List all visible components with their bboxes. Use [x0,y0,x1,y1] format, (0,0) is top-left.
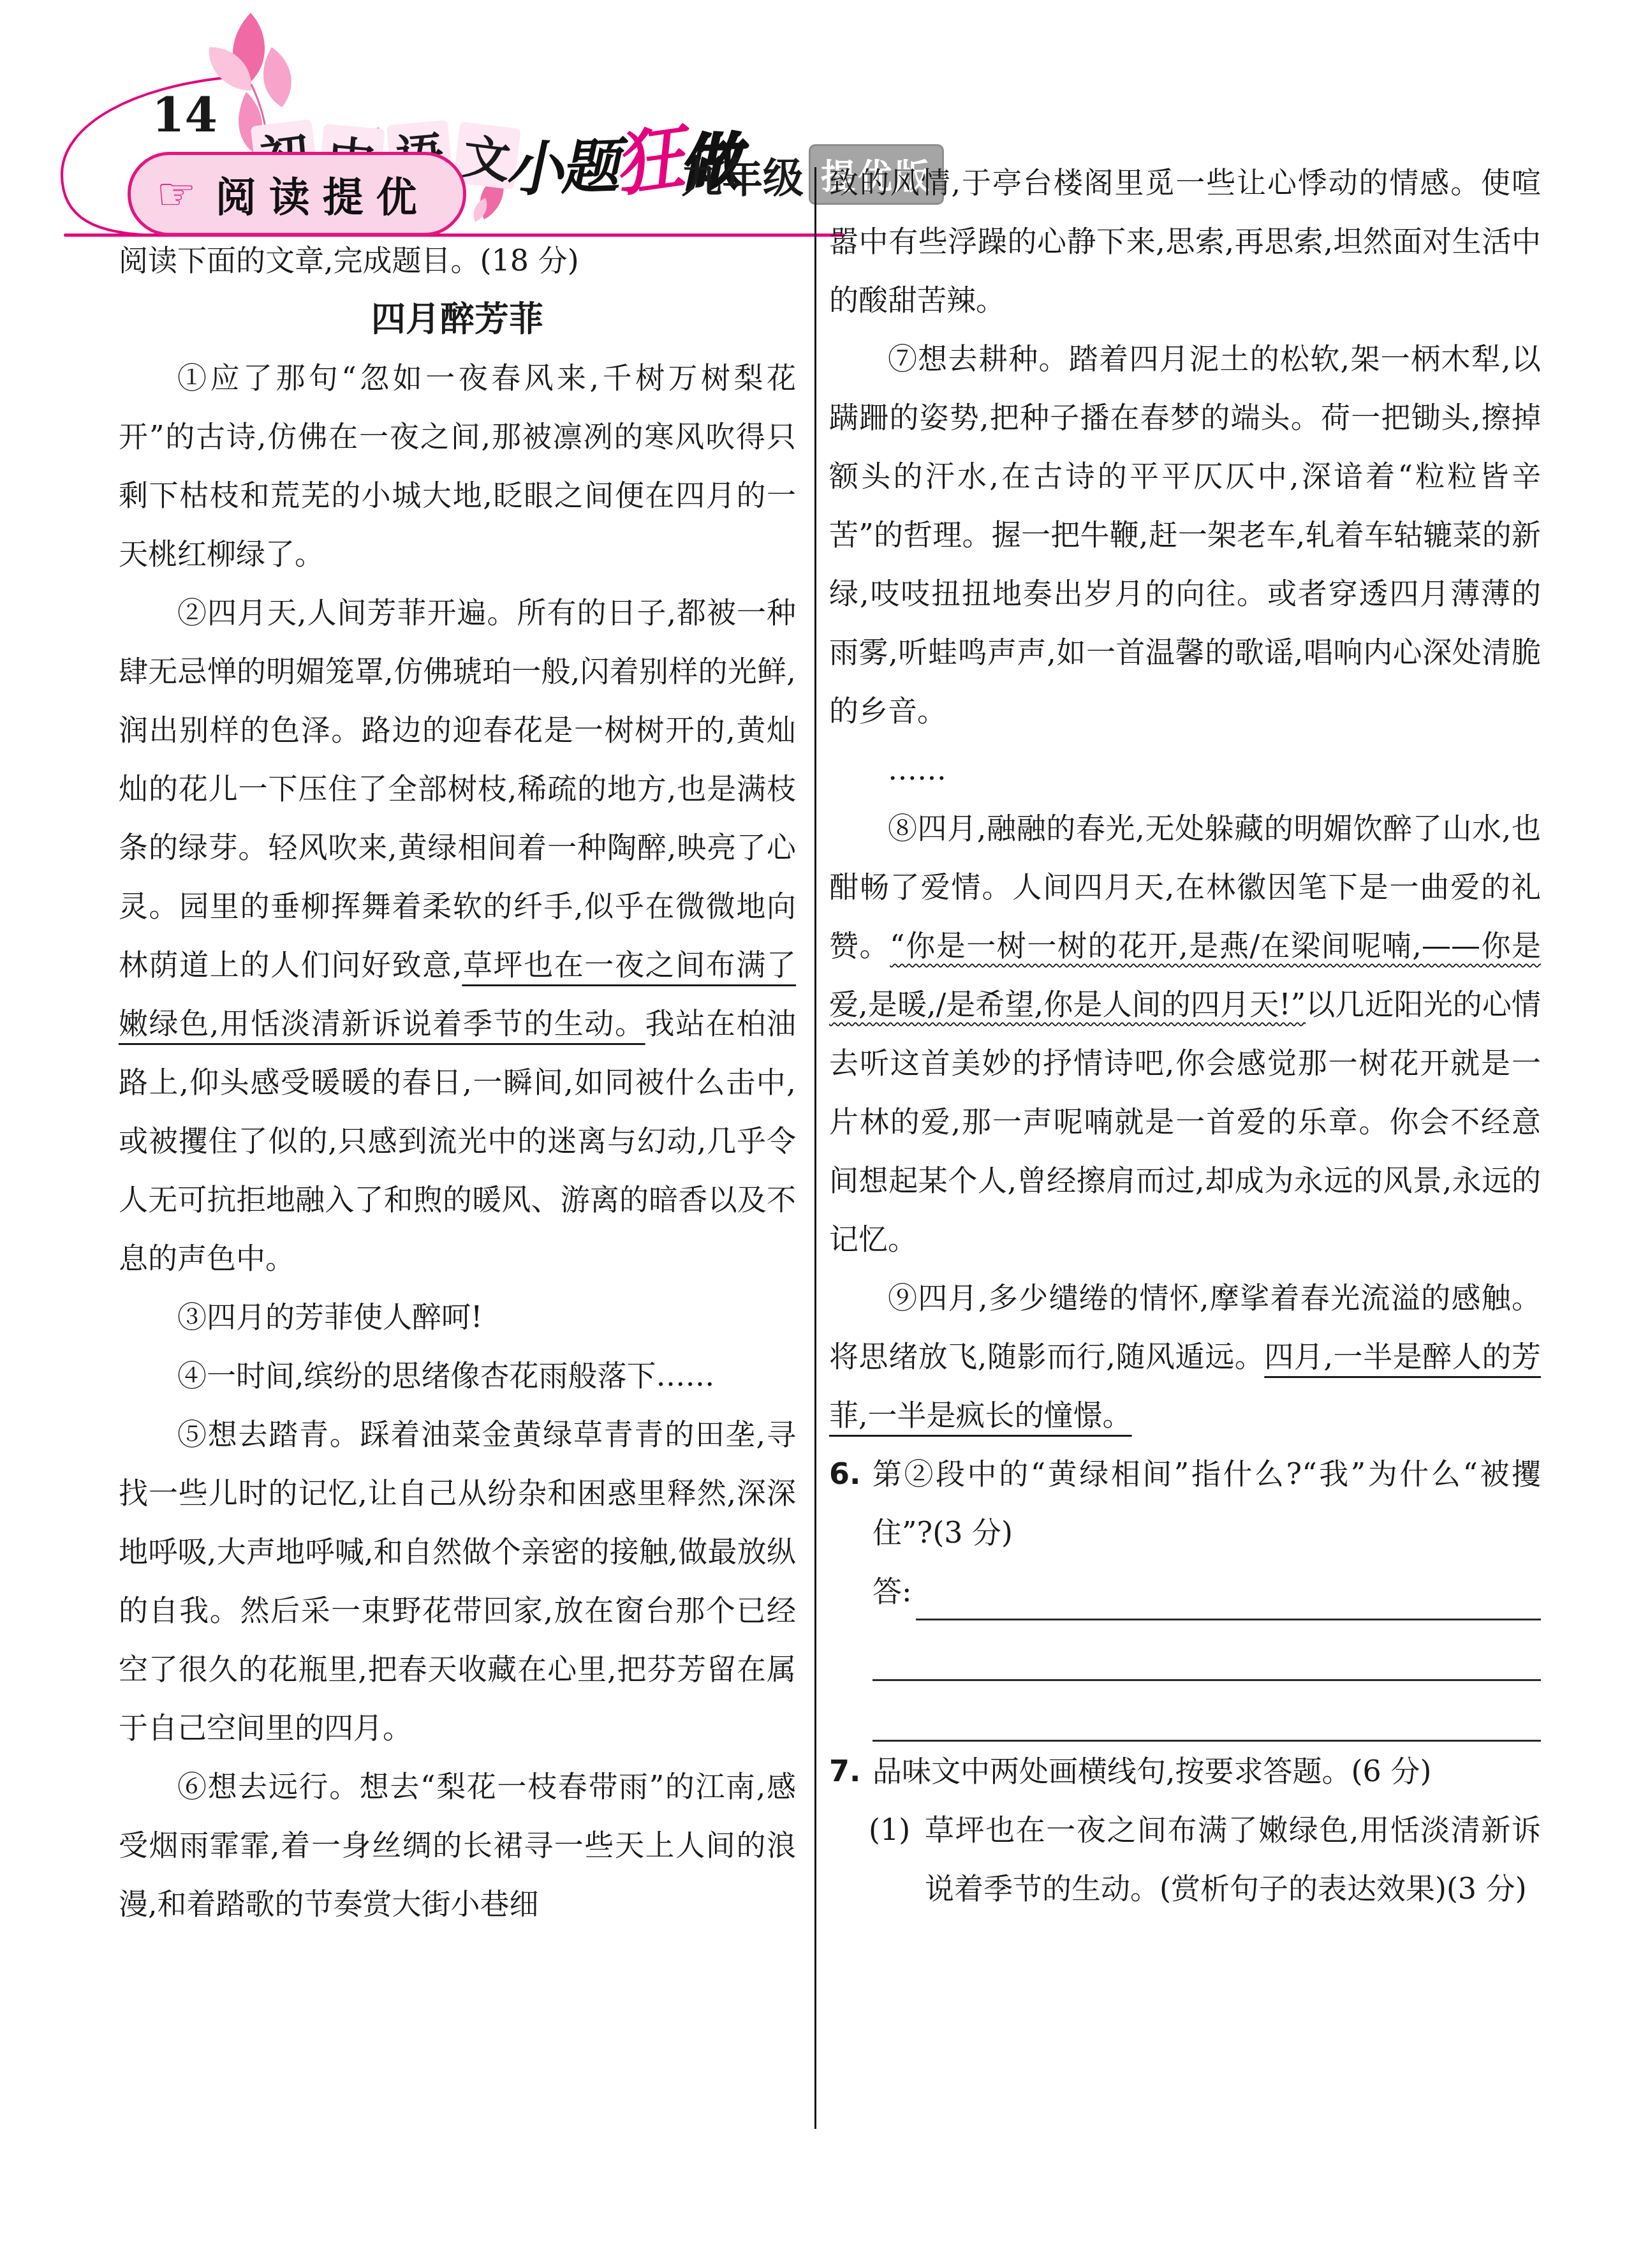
text-segment: ⑦想去耕种。踏着四月泥土的松软,架一柄木犁,以蹒跚的姿势,把种子播在春梦的端头。… [829,341,1541,728]
workbook-page: 14 初 中 语 文 小题 狂 做 九年级 提优版 ☞ 阅读提优 阅读下面的文章… [0,0,1627,2268]
text-segment: ④一时间,缤纷的思绪像杏花雨般落下…… [177,1358,715,1393]
essay-paragraph: ①应了那句“忽如一夜春风来,千树万树梨花开”的古诗,仿佛在一夜之间,那被凛冽的寒… [119,348,796,583]
question-6: 6. 第②段中的“黄绿相间”指什么?“我”为什么“被攫住”?(3 分) [829,1444,1541,1562]
essay-paragraph: ③四月的芳菲使人醉呵! [119,1287,796,1346]
essay-paragraph: …… [829,740,1541,799]
column-divider [814,167,816,2129]
text-segment: 致的风情,于亭台楼阁里觅一些让心悸动的情感。使喧嚣中有些浮躁的心静下来,思索,再… [829,165,1541,317]
essay-paragraph: ②四月天,人间芳菲开遍。所有的日子,都被一种肆无忌惮的明媚笼罩,仿佛琥珀一般,闪… [119,583,796,1287]
answer-blank-rule [916,1569,1542,1620]
exercise-intro: 阅读下面的文章,完成题目。(18 分) [119,231,796,290]
left-column: 阅读下面的文章,完成题目。(18 分) 四月醉芳菲 ①应了那句“忽如一夜春风来,… [119,231,796,1933]
answer-label-line: 答: [829,1562,1541,1620]
answer-extra-rules [829,1620,1541,1742]
right-column: 致的风情,于亭台楼阁里觅一些让心悸动的情感。使喧嚣中有些浮躁的心静下来,思索,再… [829,153,1541,1918]
text-segment: 我站在柏油路上,仰头感受暖暖的春日,一瞬间,如同被什么击中,或被攫住了似的,只感… [119,1006,796,1275]
question-7-sub-1-text: 草坪也在一夜之间布满了嫩绿色,用恬淡清新诉说着季节的生动。(赏析句子的表达效果)… [925,1812,1541,1906]
question-7: 7. 品味文中两处画横线句,按要求答题。(6 分) [829,1742,1541,1800]
question-7-number: 7. [829,1742,860,1800]
question-7-sub-1: (1) 草坪也在一夜之间布满了嫩绿色,用恬淡清新诉说着季节的生动。(赏析句子的表… [829,1800,1541,1918]
question-7-text: 品味文中两处画横线句,按要求答题。(6 分) [872,1754,1431,1788]
brand-logo-accent: 狂 [607,102,689,210]
answer-label: 答: [872,1562,912,1620]
essay-title: 四月醉芳菲 [119,290,796,348]
essay-paragraph: 致的风情,于亭台楼阁里觅一些让心悸动的情感。使喧嚣中有些浮躁的心静下来,思索,再… [829,153,1541,329]
essay-paragraph: ⑦想去耕种。踏着四月泥土的松软,架一柄木犁,以蹒跚的姿势,把种子播在春梦的端头。… [829,329,1541,740]
essay-left-paragraphs: ①应了那句“忽如一夜春风来,千树万树梨花开”的古诗,仿佛在一夜之间,那被凛冽的寒… [119,348,796,1933]
text-segment: ③四月的芳菲使人醉呵! [177,1300,483,1334]
brand-logo-text: 小题 [503,119,618,207]
section-badge: ☞ 阅读提优 [128,152,466,236]
essay-paragraph: ④一时间,缤纷的思绪像杏花雨般落下…… [119,1346,796,1405]
text-segment: …… [888,752,946,787]
answer-blank-rule [872,1620,1541,1681]
answer-blank-rule [872,1681,1541,1742]
text-segment: ⑥想去远行。想去“梨花一枝春带雨”的江南,感受烟雨霏霏,着一身丝绸的长裙寻一些天… [119,1769,796,1921]
question-6-number: 6. [829,1444,860,1503]
page-number: 14 [152,88,217,143]
text-segment: ②四月天,人间芳菲开遍。所有的日子,都被一种肆无忌惮的明媚笼罩,仿佛琥珀一般,闪… [119,595,796,982]
text-segment: 以几近阳光的心情去听这首美妙的抒情诗吧,你会感觉那一树花开就是一片林的爱,那一声… [829,987,1541,1256]
essay-paragraph: ⑧四月,融融的春光,无处躲藏的明媚饮醉了山水,也酣畅了爱情。人间四月天,在林徽因… [829,799,1541,1268]
question-7-sub-1-number: (1) [869,1800,910,1859]
essay-right-paragraphs: 致的风情,于亭台楼阁里觅一些让心悸动的情感。使喧嚣中有些浮躁的心静下来,思索,再… [829,153,1541,1444]
pointing-hand-icon: ☞ [156,172,196,216]
text-segment: ⑤想去踏青。踩着油菜金黄绿草青青的田垄,寻找一些儿时的记忆,让自己从纷杂和困惑里… [119,1417,796,1745]
grade-label: 九年级 [681,145,804,204]
text-segment: ①应了那句“忽如一夜春风来,千树万树梨花开”的古诗,仿佛在一夜之间,那被凛冽的寒… [119,360,796,571]
essay-paragraph: ⑨四月,多少缱绻的情怀,摩挲着春光流溢的感触。将思绪放飞,随影而行,随风遁远。四… [829,1268,1541,1444]
essay-paragraph: ⑥想去远行。想去“梨花一枝春带雨”的江南,感受烟雨霏霏,着一身丝绸的长裙寻一些天… [119,1757,796,1933]
section-badge-label: 阅读提优 [216,165,430,223]
essay-paragraph: ⑤想去踏青。踩着油菜金黄绿草青青的田垄,寻找一些儿时的记忆,让自己从纷杂和困惑里… [119,1405,796,1757]
question-6-text: 第②段中的“黄绿相间”指什么?“我”为什么“被攫住”?(3 分) [872,1456,1541,1550]
